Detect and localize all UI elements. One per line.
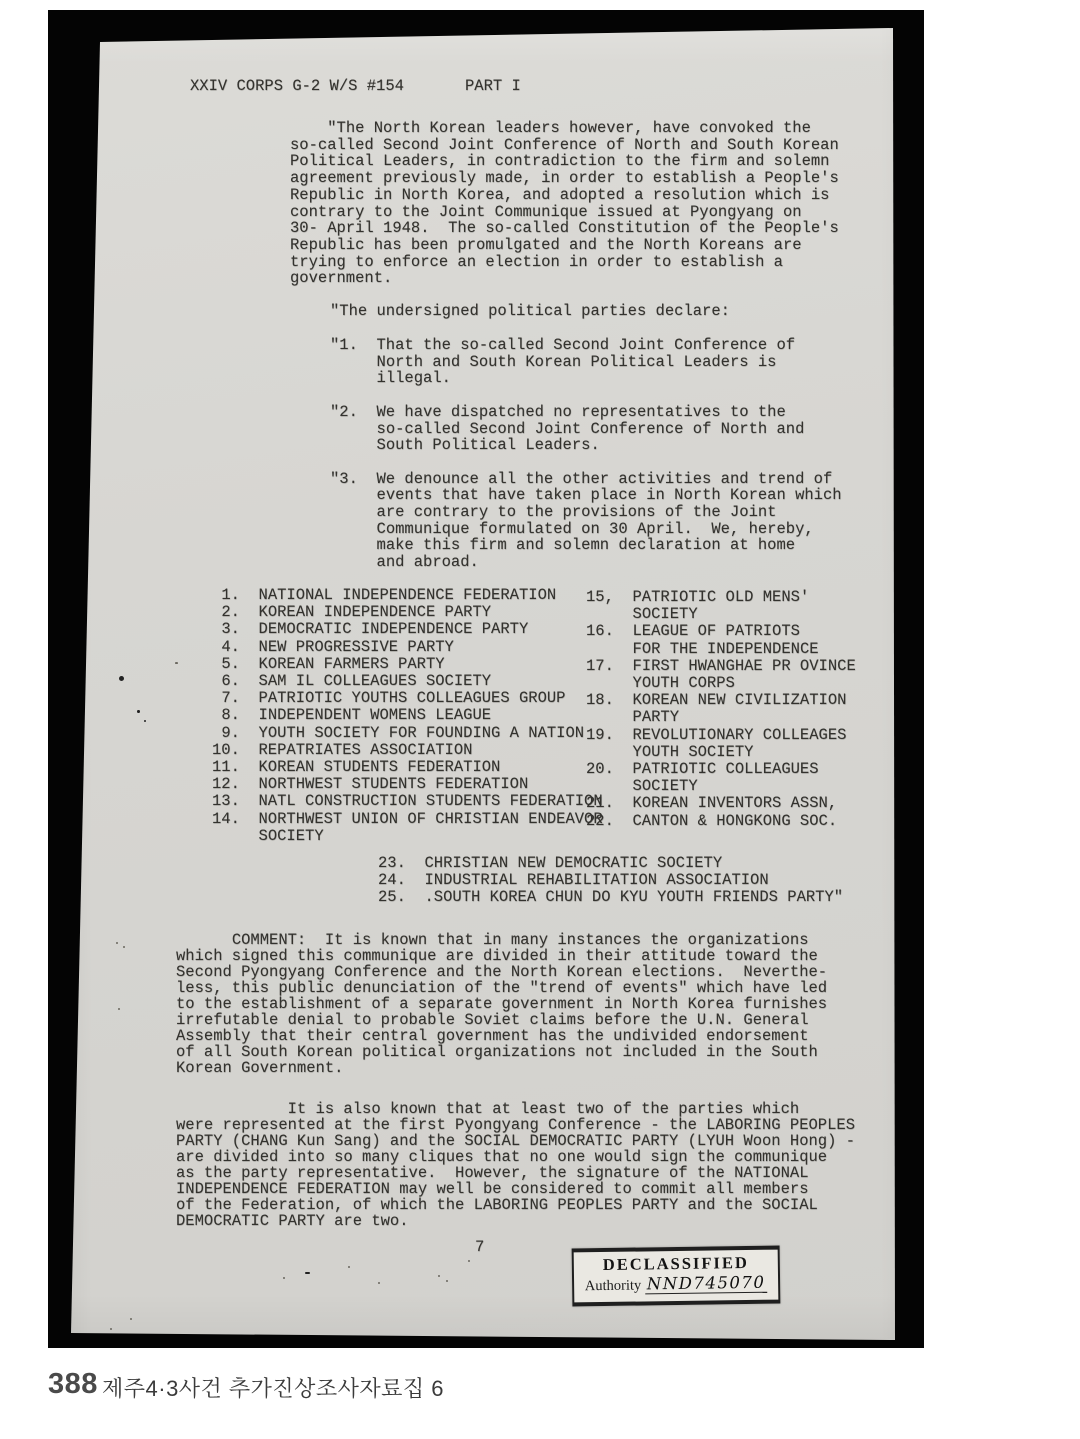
ink-speck <box>110 1328 112 1330</box>
comment-paragraph: COMMENT: It is known that in many instan… <box>176 932 856 1076</box>
pencil-mark <box>438 1275 440 1277</box>
pencil-mark <box>378 1282 380 1284</box>
stamp-authority-number: NND745070 <box>645 1273 768 1295</box>
book-footer: 388 제주4·3사건 추가진상조사자료집 6 <box>0 1362 1080 1439</box>
scanned-document: XXIV CORPS G-2 W/S #154 PART I "The Nort… <box>48 10 924 1348</box>
ink-speck <box>119 676 124 681</box>
pencil-mark <box>468 1260 470 1262</box>
declaration-intro: "The undersigned political parties decla… <box>330 303 730 320</box>
book-caption: 제주4·3사건 추가진상조사자료집 6 <box>102 1372 444 1403</box>
page-number: 7 <box>475 1239 484 1256</box>
signatories-column-left: 1. NATIONAL INDEPENDENCE FEDERATION 2. K… <box>212 587 622 845</box>
signatories-bottom: 23. CHRISTIAN NEW DEMOCRATIC SOCIETY 24.… <box>378 855 878 907</box>
ink-speck <box>118 1008 120 1010</box>
book-page-number: 388 <box>48 1368 98 1401</box>
closing-paragraph: It is also known that at least two of th… <box>176 1101 876 1229</box>
signatories-column-right: 15, PATRIOTIC OLD MENS' SOCIETY 16. LEAG… <box>586 589 906 830</box>
pencil-mark <box>283 1277 285 1279</box>
ink-speck <box>144 720 146 722</box>
ink-speck <box>175 662 178 664</box>
stamp-authority-label: Authority <box>585 1277 642 1294</box>
ink-speck <box>130 1318 132 1320</box>
declassified-stamp: DECLASSIFIED Authority NND745070 <box>572 1246 781 1307</box>
pencil-mark <box>305 1272 310 1274</box>
ink-speck <box>123 946 125 948</box>
pencil-mark <box>446 1280 448 1282</box>
declarations-list: "1. That the so-called Second Joint Conf… <box>330 337 870 571</box>
stamp-title: DECLASSIFIED <box>574 1253 778 1276</box>
ink-speck <box>116 942 118 944</box>
opening-paragraph: "The North Korean leaders however, have … <box>290 120 860 287</box>
ink-speck <box>137 710 140 713</box>
pencil-mark <box>348 1266 350 1268</box>
document-header-part: PART I <box>465 78 521 95</box>
document-header-left: XXIV CORPS G-2 W/S #154 <box>190 78 404 95</box>
stamp-authority-line: Authority NND745070 <box>574 1273 778 1296</box>
